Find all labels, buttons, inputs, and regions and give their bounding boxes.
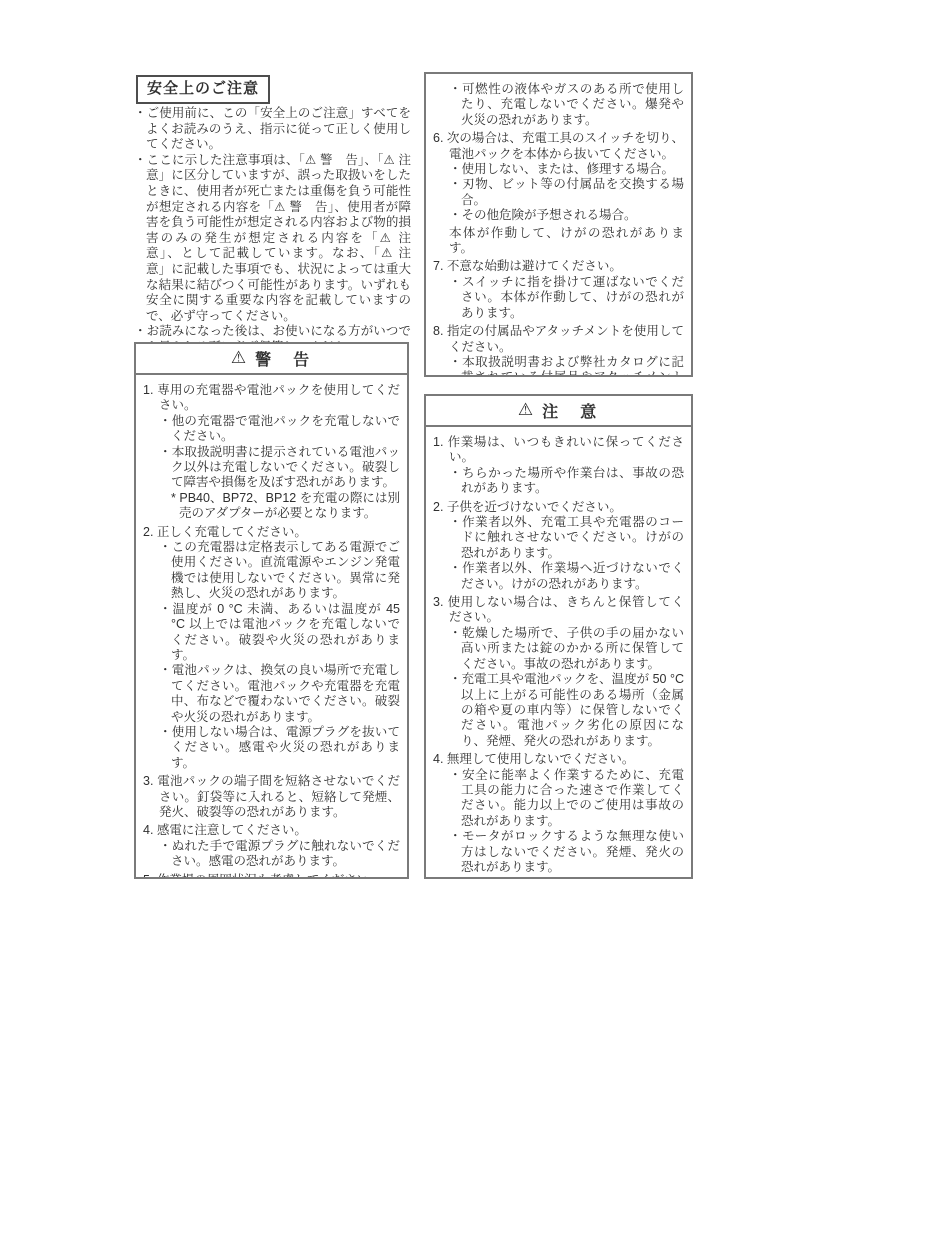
warning-item-6: 6. 次の場合は、充電工具のスイッチを切り、電池パックを本体から抜いてください。… [433, 131, 684, 256]
intro-bullet: ・ここに示した注意事項は、「⚠ 警 告」、「⚠ 注 意」に区分していますが、誤っ… [134, 153, 411, 325]
caution-item-label: 4. 無理して使用しないでください。 [433, 752, 684, 767]
intro-bullet: ・ご使用前に、この「安全上のご注意」すべてをよくお読みのうえ、指示に従って正しく… [134, 106, 411, 153]
caution-item-4: 4. 無理して使用しないでください。 ・安全に能率よく作業するために、充電工具の… [433, 752, 684, 875]
warning-item-bullet: ・その他危険が予想される場合。 [449, 208, 684, 223]
warning-item-label: 4. 感電に注意してください。 [143, 823, 400, 838]
caution-item-label: 5. 作業に合った充電工具を使用してください。 [433, 878, 684, 879]
warning-item-label: 2. 正しく充電してください。 [143, 525, 400, 540]
warning-item-7: 7. 不意な始動は避けてください。 ・スイッチに指を掛けて運ばないでください。本… [433, 259, 684, 321]
warning-item-bullet: ・スイッチに指を掛けて運ばないでください。本体が作動して、けがの恐れがあります。 [449, 275, 684, 321]
caution-body: 1. 作業場は、いつもきれいに保ってください。 ・ちらかった場所や作業台は、事故… [426, 427, 691, 879]
warning-item-label: 1. 専用の充電器や電池パックを使用してください。 [143, 383, 400, 414]
warning-item-bullet: ・温度が 0 °C 未満、あるいは温度が 45 °C 以上では電池パックを充電し… [159, 602, 400, 664]
warning-body-left: 1. 専用の充電器や電池パックを使用してください。 ・他の充電器で電池パックを充… [136, 375, 407, 879]
warning-item-bullet: ・本取扱説明書および弊社カタログに記載されている付属品やアタッチメント以外のもの… [449, 355, 684, 377]
warning-body-right: ・可燃性の液体やガスのある所で使用したり、充電しないでください。爆発や火災の恐れ… [426, 74, 691, 377]
caution-header: ⚠ 注 意 [426, 396, 691, 427]
page-title-text: 安全上のご注意 [147, 80, 259, 97]
warning-item-1: 1. 専用の充電器や電池パックを使用してください。 ・他の充電器で電池パックを充… [143, 383, 400, 522]
warning-triangle-icon: ⚠ [231, 349, 246, 366]
warning-item-bullet: ・使用しない場合は、電源プラグを抜いてください。感電や火災の恐れがあります。 [159, 725, 400, 771]
page-title: 安全上のご注意 [136, 75, 270, 104]
caution-item-bullet: ・作業者以外、作業場へ近づけないでください。けがの恐れがあります。 [449, 561, 684, 592]
warning-triangle-icon: ⚠ [518, 401, 533, 418]
caution-item-bullet: ・安全に能率よく作業するために、充電工具の能力に合った速さで作業してください。能… [449, 768, 684, 830]
warning-item-bullet: ・他の充電器で電池パックを充電しないでください。 [159, 414, 400, 445]
warning-item-label: 5. 作業場の周囲状況も考慮してください。 [143, 873, 400, 879]
caution-header-text: 注 意 [542, 399, 599, 422]
warning-item-label: 8. 指定の付属品やアタッチメントを使用してください。 [433, 324, 684, 355]
caution-item-bullet: ・作業者以外、充電工具や充電器のコードに触れさせないでください。けがの恐れがあり… [449, 515, 684, 561]
warning-item-bullet: ・この充電器は定格表示してある電源でご使用ください。直流電源やエンジン発電機では… [159, 540, 400, 602]
warning-box: ⚠ 警 告 1. 専用の充電器や電池パックを使用してください。 ・他の充電器で電… [134, 342, 409, 879]
warning-item-note: 本体が作動して、けがの恐れがあります。 [449, 226, 684, 257]
warning-item-3: 3. 電池パックの端子間を短絡させないでください。釘袋等に入れると、短絡して発煙… [143, 774, 400, 820]
warning-item-label: 3. 電池パックの端子間を短絡させないでください。釘袋等に入れると、短絡して発煙… [143, 774, 400, 820]
caution-box: ⚠ 注 意 1. 作業場は、いつもきれいに保ってください。 ・ちらかった場所や作… [424, 394, 693, 879]
warning-item-label: 6. 次の場合は、充電工具のスイッチを切り、電池パックを本体から抜いてください。 [433, 131, 684, 162]
caution-item-2: 2. 子供を近づけないでください。 ・作業者以外、充電工具や充電器のコードに触れ… [433, 500, 684, 592]
warning-item-label: 7. 不意な始動は避けてください。 [433, 259, 684, 274]
caution-item-label: 3. 使用しない場合は、きちんと保管してください。 [433, 595, 684, 626]
warning-item-bullet: ・可燃性の液体やガスのある所で使用したり、充電しないでください。爆発や火災の恐れ… [449, 82, 684, 128]
warning-item-5: 5. 作業場の周囲状況も考慮してください。 ・充電工具、充電器、電池パックは、雨… [143, 873, 400, 879]
caution-item-bullet: ・モータがロックするような無理な使い方はしないでください。発煙、発火の恐れがあり… [449, 829, 684, 875]
warning-header: ⚠ 警 告 [136, 344, 407, 375]
caution-item-1: 1. 作業場は、いつもきれいに保ってください。 ・ちらかった場所や作業台は、事故… [433, 435, 684, 497]
caution-item-3: 3. 使用しない場合は、きちんと保管してください。 ・乾燥した場所で、子供の手の… [433, 595, 684, 749]
intro-section: ・ご使用前に、この「安全上のご注意」すべてをよくお読みのうえ、指示に従って正しく… [134, 106, 411, 356]
caution-item-label: 1. 作業場は、いつもきれいに保ってください。 [433, 435, 684, 466]
warning-item-bullet: ・電池パックは、換気の良い場所で充電してください。電池パックや充電器を充電中、布… [159, 663, 400, 725]
warning-item-bullet: ・本取扱説明書に提示されている電池パック以外は充電しないでください。破裂して障害… [159, 445, 400, 491]
warning-item-4: 4. 感電に注意してください。 ・ぬれた手で電源プラグに触れないでください。感電… [143, 823, 400, 869]
warning-item-5-continued: ・可燃性の液体やガスのある所で使用したり、充電しないでください。爆発や火災の恐れ… [433, 82, 684, 128]
warning-header-text: 警 告 [255, 347, 312, 370]
warning-item-2: 2. 正しく充電してください。 ・この充電器は定格表示してある電源でご使用くださ… [143, 525, 400, 772]
adapter-model-note: * PB40、BP72、BP12 を充電の際には別売のアダプターが必要となります… [171, 491, 400, 522]
warning-item-bullet: ・ぬれた手で電源プラグに触れないでください。感電の恐れがあります。 [159, 839, 400, 870]
warning-item-8: 8. 指定の付属品やアタッチメントを使用してください。 ・本取扱説明書および弊社… [433, 324, 684, 377]
caution-item-label: 2. 子供を近づけないでください。 [433, 500, 684, 515]
caution-item-bullet: ・ちらかった場所や作業台は、事故の恐れがあります。 [449, 466, 684, 497]
warning-item-bullet: ・刃物、ビット等の付属品を交換する場合。 [449, 177, 684, 208]
warning-item-bullet: ・使用しない、または、修理する場合。 [449, 162, 684, 177]
warning-continuation-box: ・可燃性の液体やガスのある所で使用したり、充電しないでください。爆発や火災の恐れ… [424, 72, 693, 377]
caution-item-5: 5. 作業に合った充電工具を使用してください。 ・小型の充電工具やアタッチメント… [433, 878, 684, 879]
caution-item-bullet: ・充電工具や電池パックを、温度が 50 °C 以上に上がる可能性のある場所（金属… [449, 672, 684, 749]
caution-item-bullet: ・乾燥した場所で、子供の手の届かない高い所または錠のかかる所に保管してください。… [449, 626, 684, 672]
safety-instructions-page: 安全上のご注意 ・ご使用前に、この「安全上のご注意」すべてをよくお読みのうえ、指… [0, 0, 950, 1240]
